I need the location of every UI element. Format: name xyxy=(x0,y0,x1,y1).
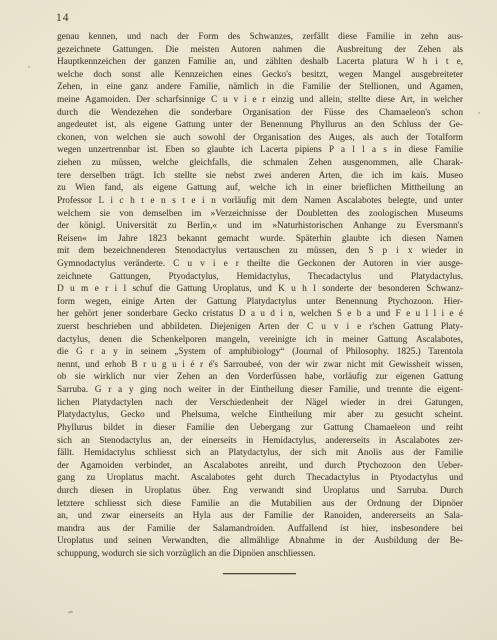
text-line: wegen unzertrennbar ist. Eben so glaubte… xyxy=(57,144,463,157)
text-line: dactylus, denen die Schenkelporen mangel… xyxy=(57,334,463,347)
text-line: nennt, und erhob B r u g u i é r é's Sar… xyxy=(57,359,463,372)
text-line: meine Agamoiden. Der scharfsinnige C u v… xyxy=(57,94,463,107)
text-line: zuerst beschrieben und abbildeten. Dieje… xyxy=(57,321,463,334)
text-line: Phyllurus bildet in dieser Familie den U… xyxy=(57,422,463,435)
text-line: ob sie wirklich nur vier Zehen an den Vo… xyxy=(57,371,463,384)
text-line: Gymnodactylus veränderte. C u v i e r th… xyxy=(57,258,463,271)
text-line: Professor L i c h t e n s t e i n vorläu… xyxy=(57,195,463,208)
text-line: ziehen zu müssen, welche gleichfalls, di… xyxy=(57,157,463,170)
text-line: Zehen, in eine ganz andere Familie, näml… xyxy=(57,81,463,94)
text-line: Hauptkennzeichen der ganzen Familie an, … xyxy=(57,56,463,69)
text-line: tere derselben trägt. Ich stellte sie ne… xyxy=(57,170,463,183)
text-line: Uroplatus und seinen Verwandten, die all… xyxy=(57,535,463,548)
text-line: gang zu Uroplatus macht. Ascalabotes geh… xyxy=(57,472,463,485)
book-page: 14 genau kennen, und nach der Form des S… xyxy=(0,0,497,640)
text-line: welchem sie von demselben im »Verzeichni… xyxy=(57,208,463,221)
text-line: durch die Wendezehen die sonderbare Orga… xyxy=(57,107,463,120)
text-line: durch diesen in Uroplatus über. Eng verw… xyxy=(57,485,463,498)
text-line: mandra aus der Familie der Salamandroide… xyxy=(57,523,463,536)
scan-speck xyxy=(28,66,30,68)
text-line: lichen Platydactylen nach der Verschiede… xyxy=(57,397,463,410)
text-line: her gehört jener sonderbare Gecko crista… xyxy=(57,308,463,321)
text-line: die G r a y in seinem „System of amphibi… xyxy=(57,346,463,359)
text-line: schuppung, wodurch sie sich vorzüglich a… xyxy=(57,548,463,561)
section-divider xyxy=(223,573,296,574)
scan-speck xyxy=(478,112,480,114)
text-line: an, und zwar einerseits an Hyla aus der … xyxy=(57,510,463,523)
text-line: welche doch sonst alle Kennzeichen eines… xyxy=(57,69,463,82)
text-line: Platydactylus, Gecko und Phelsuma, welch… xyxy=(57,409,463,422)
text-line: der königl. Universität zu Berlin,« und … xyxy=(57,220,463,233)
text-line: form wegen, einige Arten der Gattung Pla… xyxy=(57,296,463,309)
text-line: Sarruba. G r a y ging noch weiter in der… xyxy=(57,384,463,397)
text-line: ckonen, von welchen sie auch sowohl der … xyxy=(57,132,463,145)
text-line: fällt. Hemidactylus schliesst sich an Pl… xyxy=(57,447,463,460)
text-line: zu Wien fand, als eigene Gattung auf, we… xyxy=(57,182,463,195)
body-text: genau kennen, und nach der Form des Schw… xyxy=(57,31,463,561)
text-line: gezeichnete Gattungen. Die meisten Autor… xyxy=(57,44,463,57)
text-line: angedeutet ist, als eigene Gattung unter… xyxy=(57,119,463,132)
text-line: der Agamoiden verbindet, an Ascalabotes … xyxy=(57,460,463,473)
text-line: sich an Stenodactylus an, der einerseits… xyxy=(57,435,463,448)
text-line: genau kennen, und nach der Form des Schw… xyxy=(57,31,463,44)
text-line: Reisen« im Jahre 1823 bekannt gemacht wu… xyxy=(57,233,463,246)
text-line: mit dem bezeichnenderen Stenodactylus ve… xyxy=(57,245,463,258)
page-number: 14 xyxy=(56,12,70,24)
text-line: D u m e r i l schuf die Gattung Uroplatu… xyxy=(57,283,463,296)
text-line: letztere schliesst sich diese Familie an… xyxy=(57,498,463,511)
scan-speck xyxy=(68,610,73,613)
text-line: zeichnete Gattungen, Ptyodactylus, Hemid… xyxy=(57,271,463,284)
